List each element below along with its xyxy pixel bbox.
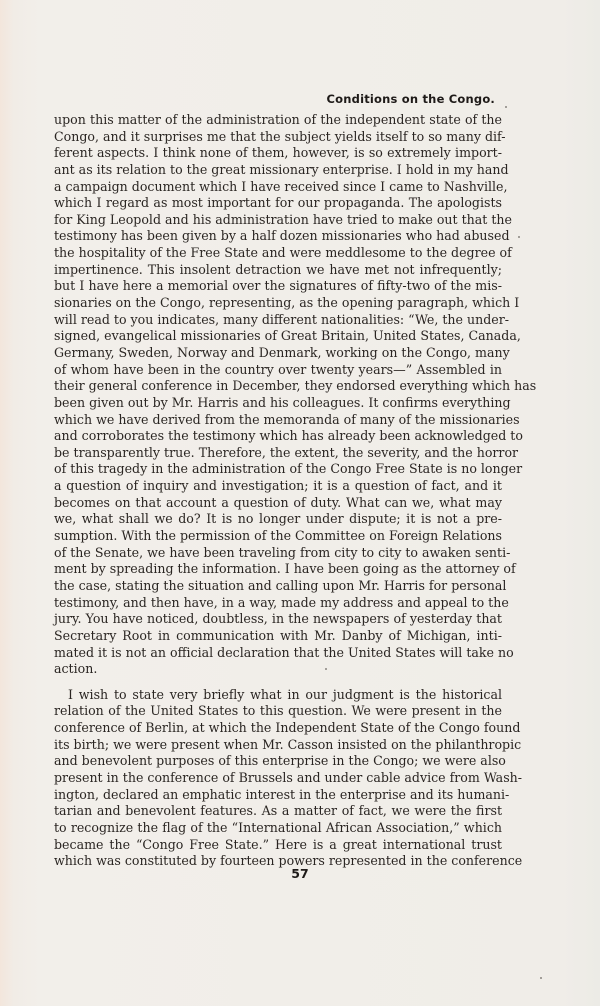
text-line: conference of Berlin, at which the Indep… [54, 720, 502, 737]
text-line: the case, stating the situation and call… [54, 578, 502, 595]
text-line: upon this matter of the administration o… [54, 112, 502, 129]
paragraph: I wish to state very briefly what in our… [54, 687, 502, 870]
text-line: signed, evangelical missionaries of Grea… [54, 328, 502, 345]
text-line: impertinence. This insolent detraction w… [54, 262, 502, 279]
text-line: action. [54, 661, 502, 678]
paper-speck [540, 977, 542, 979]
text-line: sionaries on the Congo, representing, as… [54, 295, 502, 312]
text-line: testimony has been given by a half dozen… [54, 228, 502, 245]
text-line: mated it is not an official declaration … [54, 645, 502, 662]
text-line: ington, declared an emphatic interest in… [54, 787, 502, 804]
page-number: 57 [0, 866, 600, 881]
text-line: but I have here a memorial over the sign… [54, 278, 502, 295]
text-line: which I regard as most important for our… [54, 195, 502, 212]
text-line: I wish to state very briefly what in our… [54, 687, 502, 704]
text-line: Congo, and it surprises me that the subj… [54, 129, 502, 146]
text-line: been given out by Mr. Harris and his col… [54, 395, 502, 412]
text-line: Secretary Root in communication with Mr.… [54, 628, 502, 645]
text-line: ment by spreading the information. I hav… [54, 561, 502, 578]
text-line: tarian and benevolent features. As a mat… [54, 803, 502, 820]
text-line: relation of the United States to this qu… [54, 703, 502, 720]
text-line: and corroborates the testimony which has… [54, 428, 502, 445]
text-line: became the “Congo Free State.” Here is a… [54, 837, 502, 854]
paragraph: upon this matter of the administration o… [54, 112, 502, 678]
paper-speck [518, 236, 520, 238]
running-head: Conditions on the Congo. [327, 92, 495, 106]
text-line: to recognize the flag of the “Internatio… [54, 820, 502, 837]
text-line: Germany, Sweden, Norway and Denmark, wor… [54, 345, 502, 362]
paper-speck [325, 668, 327, 670]
paper-speck [505, 106, 507, 108]
text-line: of this tragedy in the administration of… [54, 461, 502, 478]
text-line: testimony, and then have, in a way, made… [54, 595, 502, 612]
text-line: jury. You have noticed, doubtless, in th… [54, 611, 502, 628]
text-line: a question of inquiry and investigation;… [54, 478, 502, 495]
text-line: sumption. With the permission of the Com… [54, 528, 502, 545]
text-line: and benevolent purposes of this enterpri… [54, 753, 502, 770]
text-line: ant as its relation to the great mission… [54, 162, 502, 179]
text-line: the hospitality of the Free State and we… [54, 245, 502, 262]
text-line: we, what shall we do? It is no longer un… [54, 511, 502, 528]
text-line: ferent aspects. I think none of them, ho… [54, 145, 502, 162]
text-line: of the Senate, we have been traveling fr… [54, 545, 502, 562]
text-line: for King Leopold and his administration … [54, 212, 502, 229]
text-line: their general conference in December, th… [54, 378, 502, 395]
text-line: which we have derived from the memoranda… [54, 412, 502, 429]
book-page: Conditions on the Congo. upon this matte… [0, 0, 600, 1006]
text-line: a campaign document which I have receive… [54, 179, 502, 196]
text-line: present in the conference of Brussels an… [54, 770, 502, 787]
body-text: upon this matter of the administration o… [54, 112, 502, 870]
paragraph-gap [54, 678, 502, 687]
text-line: will read to you indicates, many differe… [54, 312, 502, 329]
text-line: its birth; we were present when Mr. Cass… [54, 737, 502, 754]
text-line: be transparently true. Therefore, the ex… [54, 445, 502, 462]
text-line: becomes on that account a question of du… [54, 495, 502, 512]
text-line: of whom have been in the country over tw… [54, 362, 502, 379]
